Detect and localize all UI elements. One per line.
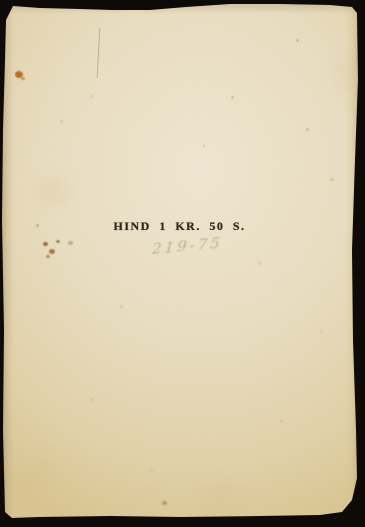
foxing-spot xyxy=(258,262,261,265)
paper-scratch xyxy=(97,28,101,78)
foxing-spot xyxy=(231,96,234,99)
foxing-spot xyxy=(56,240,60,243)
foxing-spot xyxy=(21,77,25,80)
price-text: HIND 1 KR. 50 S. xyxy=(0,219,359,234)
foxing-spot xyxy=(203,145,205,147)
foxing-spot xyxy=(296,39,299,42)
foxing-spot xyxy=(330,178,334,181)
foxing-spot xyxy=(40,180,66,202)
photo-background: HIND 1 KR. 50 S. 219-75 xyxy=(0,0,365,527)
foxing-spot xyxy=(335,60,365,86)
paper-grain-texture xyxy=(0,0,365,527)
bottom-edge-shading xyxy=(0,515,365,527)
foxing-spot xyxy=(25,460,55,486)
book-back-cover: HIND 1 KR. 50 S. 219-75 xyxy=(0,0,365,527)
foxing-spot xyxy=(320,330,323,333)
pencil-inscription: 219-75 xyxy=(151,234,223,258)
foxing-spot xyxy=(280,420,283,423)
foxing-spot xyxy=(60,120,63,123)
foxing-spot xyxy=(120,305,123,308)
foxing-spot xyxy=(150,470,154,473)
foxing-spot xyxy=(49,249,55,254)
top-edge-shading xyxy=(0,0,365,14)
foxing-spot xyxy=(90,398,93,401)
foxing-spot xyxy=(306,128,309,131)
foxing-spot xyxy=(46,255,50,258)
foxing-spot xyxy=(43,242,48,246)
spine-edge-shading xyxy=(0,0,14,527)
foxing-spot xyxy=(68,241,73,245)
foxing-spot xyxy=(200,482,240,516)
foxing-spot xyxy=(90,95,93,98)
foxing-spot xyxy=(162,501,167,505)
